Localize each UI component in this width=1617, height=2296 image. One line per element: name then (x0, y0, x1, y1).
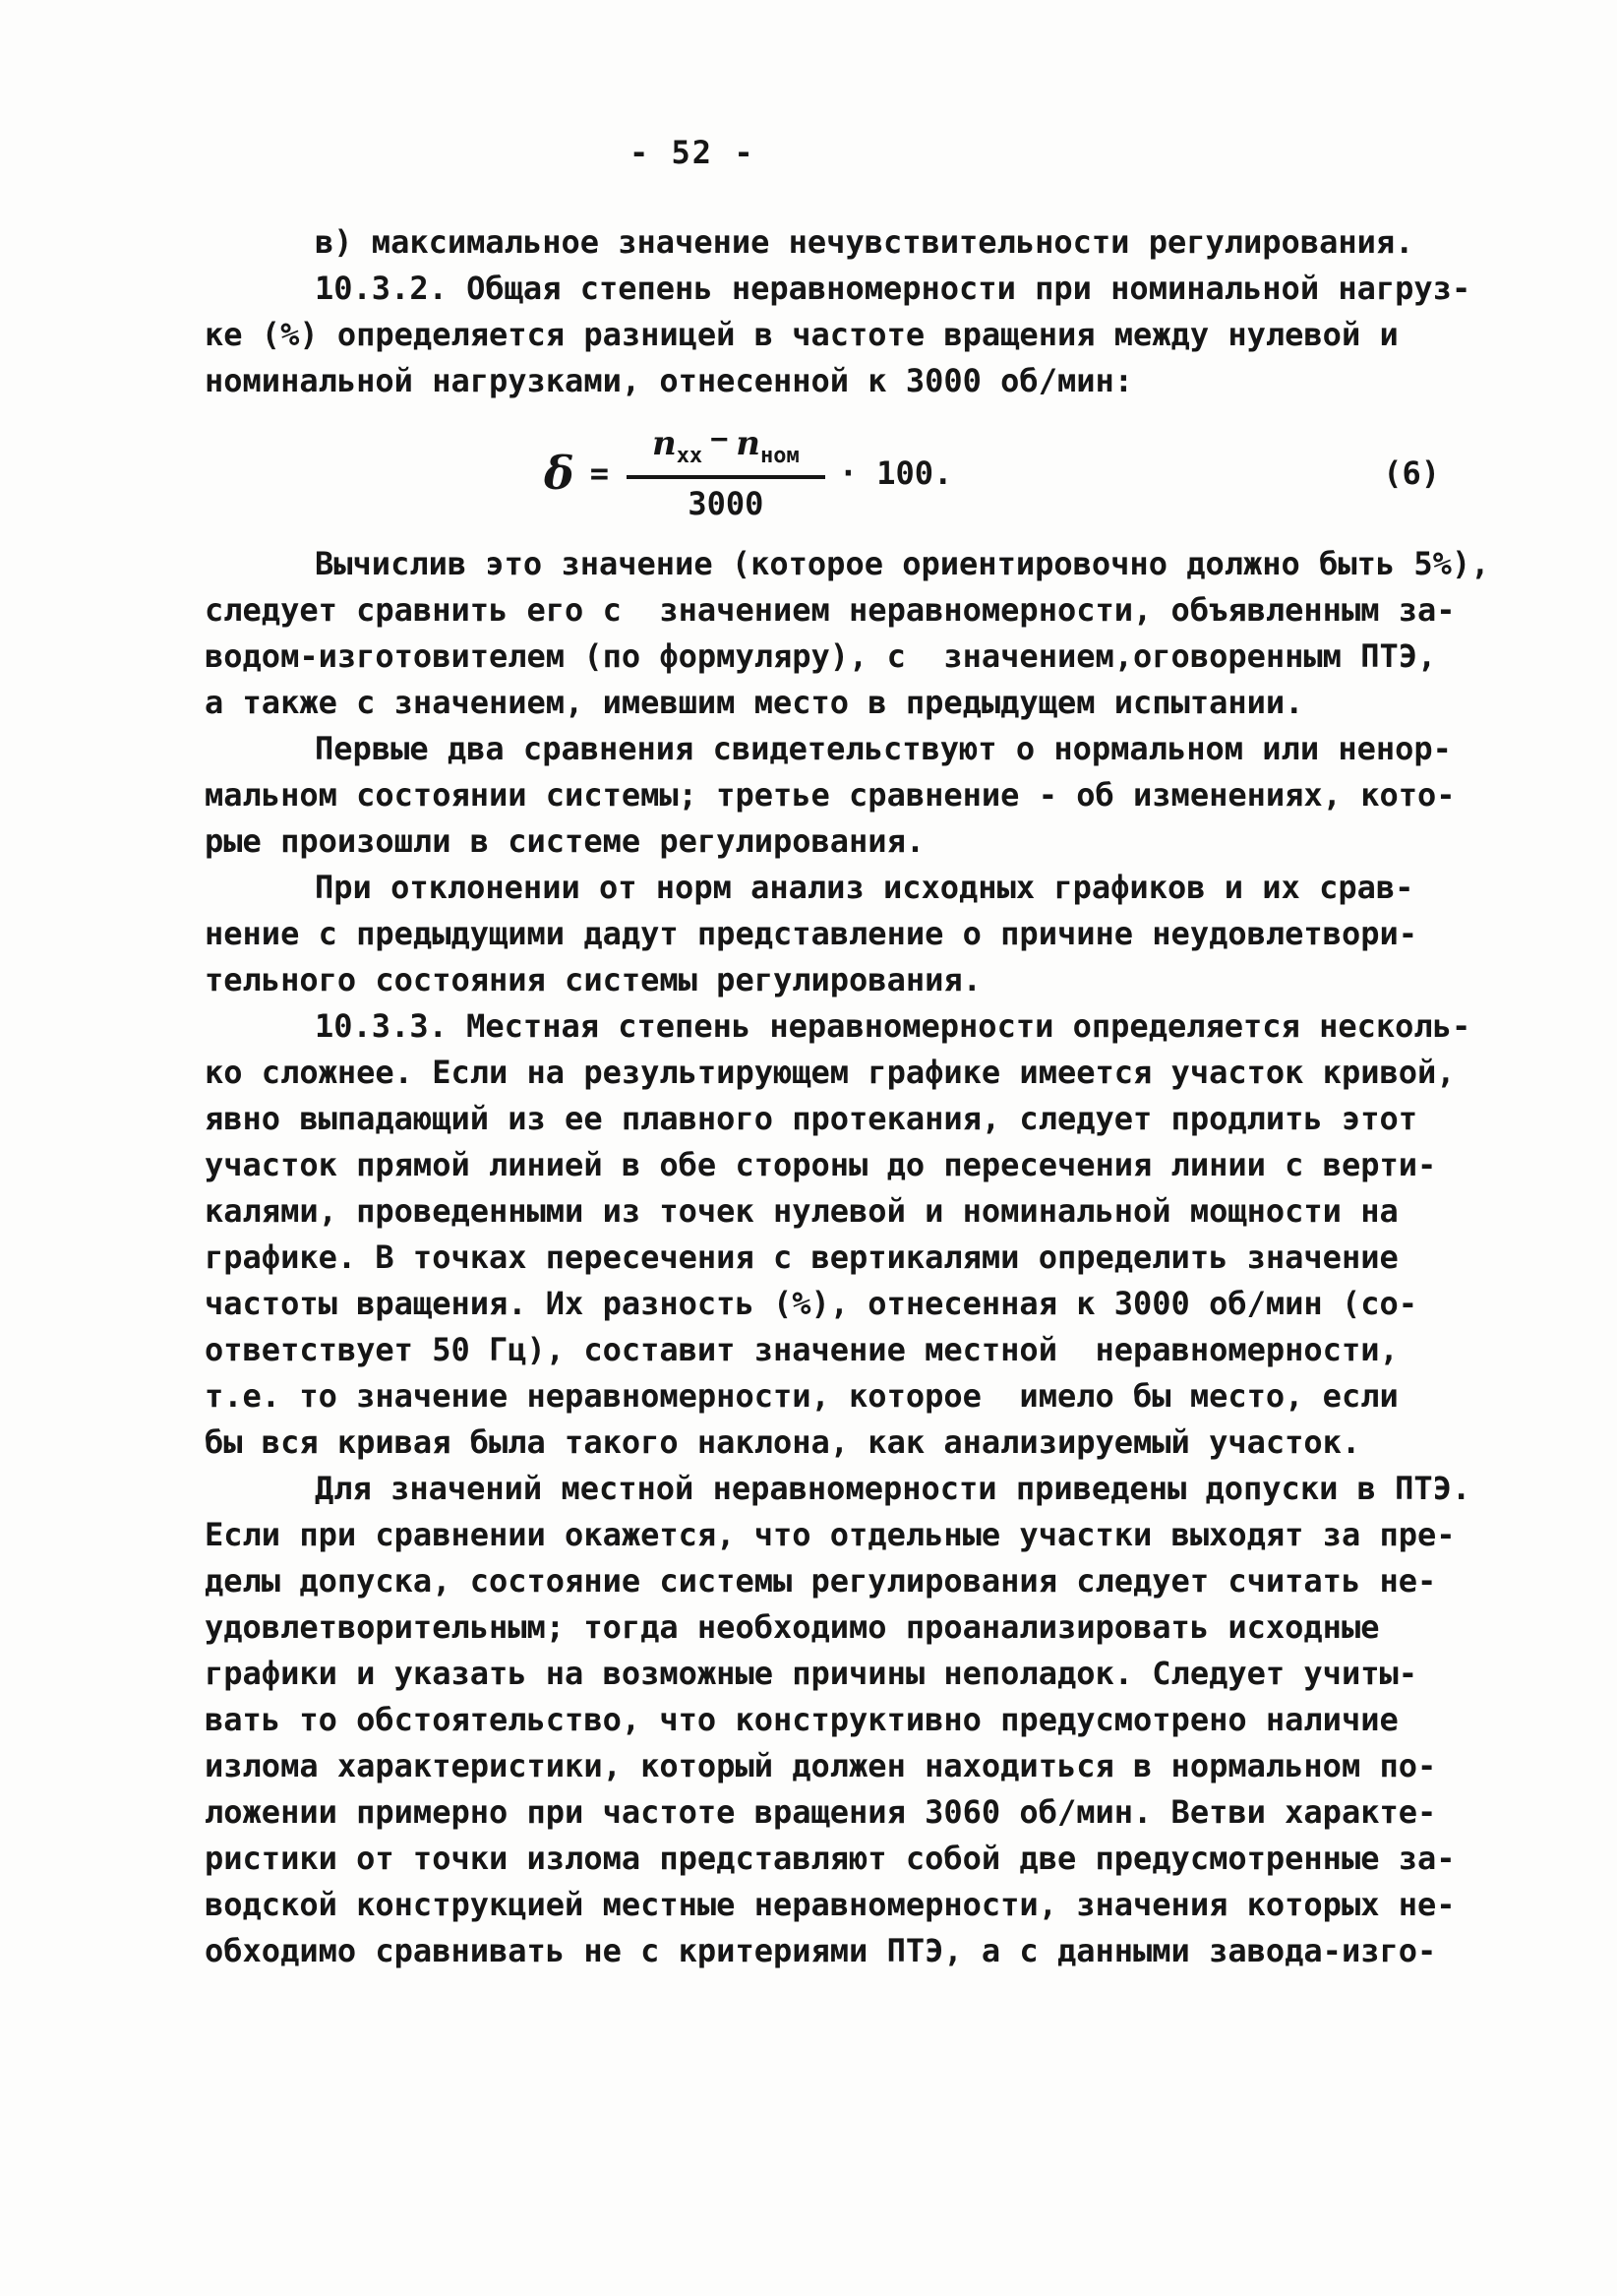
formula-factor: · 100. (839, 454, 953, 492)
text-line: а также с значением, имевшим место в пре… (205, 680, 1513, 726)
text-line: Вычислив это значение (которое ориентиро… (205, 541, 1513, 587)
text-line: ответствует 50 Гц), составит значение ме… (205, 1327, 1513, 1373)
formula-equation-6: δ = nхх−nном 3000 · 100. (6) (205, 404, 1513, 541)
text-line: графике. В точках пересечения с вертикал… (205, 1235, 1513, 1281)
text-line: участок прямой линией в обе стороны до п… (205, 1142, 1513, 1188)
text-line: в) максимальное значение нечувствительно… (205, 219, 1513, 266)
formula-variable-n-idle: n (652, 424, 677, 463)
text-line: т.е. то значение неравномерности, которо… (205, 1373, 1513, 1420)
text-line: номинальной нагрузками, отнесенной к 300… (205, 358, 1513, 404)
formula-subscript-nominal: ном (760, 444, 800, 468)
text-line: При отклонении от норм анализ исходных г… (205, 865, 1513, 911)
text-line: ко сложнее. Если на результирующем графи… (205, 1050, 1513, 1096)
text-line: удовлетворительным; тогда необходимо про… (205, 1604, 1513, 1651)
formula-variable-n-nominal: n (736, 424, 760, 463)
text-line: явно выпадающий из ее плавного протекани… (205, 1096, 1513, 1142)
text-line: нение с предыдущими дадут представление … (205, 911, 1513, 957)
text-line: водом-изготовителем (по формуляру), с зн… (205, 634, 1513, 680)
text-line: вать то обстоятельство, что конструктивн… (205, 1697, 1513, 1743)
text-line: делы допуска, состояние системы регулиро… (205, 1558, 1513, 1604)
text-line: Для значений местной неравномерности при… (205, 1466, 1513, 1512)
formula-numerator: nхх−nном (627, 423, 825, 474)
text-line: ложении примерно при частоте вращения 30… (205, 1789, 1513, 1836)
page-number: - 52 - (629, 134, 755, 171)
text-line: мальном состоянии системы; третье сравне… (205, 772, 1513, 818)
text-line: частоты вращения. Их разность (%), отнес… (205, 1281, 1513, 1327)
text-line: водской конструкцией местные неравномерн… (205, 1882, 1513, 1928)
scanned-document-page: - 52 - в) максимальное значение нечувств… (0, 0, 1617, 2296)
document-body: в) максимальное значение нечувствительно… (205, 219, 1513, 1974)
formula-subscript-idle: хх (677, 444, 703, 468)
text-line: Первые два сравнения свидетельствуют о н… (205, 726, 1513, 772)
formula-fraction: nхх−nном 3000 (627, 423, 825, 521)
text-line: следует сравнить его с значением неравно… (205, 587, 1513, 634)
text-line: ристики от точки излома представляют соб… (205, 1836, 1513, 1882)
text-line: 10.3.2. Общая степень неравномерности пр… (205, 266, 1513, 312)
formula-denominator: 3000 (627, 475, 825, 522)
text-line: калями, проведенными из точек нулевой и … (205, 1188, 1513, 1235)
text-line: графики и указать на возможные причины н… (205, 1651, 1513, 1697)
text-line: ке (%) определяется разницей в частоте в… (205, 312, 1513, 358)
formula-minus-sign: − (702, 422, 736, 456)
text-line: обходимо сравнивать не с критериями ПТЭ,… (205, 1928, 1513, 1974)
formula-equals-sign: = (590, 454, 609, 492)
text-line: тельного состояния системы регулирования… (205, 957, 1513, 1003)
text-line: 10.3.3. Местная степень неравномерности … (205, 1003, 1513, 1050)
text-line: Если при сравнении окажется, что отдельн… (205, 1512, 1513, 1558)
equation-number: (6) (1383, 454, 1440, 492)
text-line: бы вся кривая была такого наклона, как а… (205, 1420, 1513, 1466)
formula-delta-symbol: δ (544, 451, 574, 496)
text-line: излома характеристики, который должен на… (205, 1743, 1513, 1789)
text-line: рые произошли в системе регулирования. (205, 818, 1513, 865)
